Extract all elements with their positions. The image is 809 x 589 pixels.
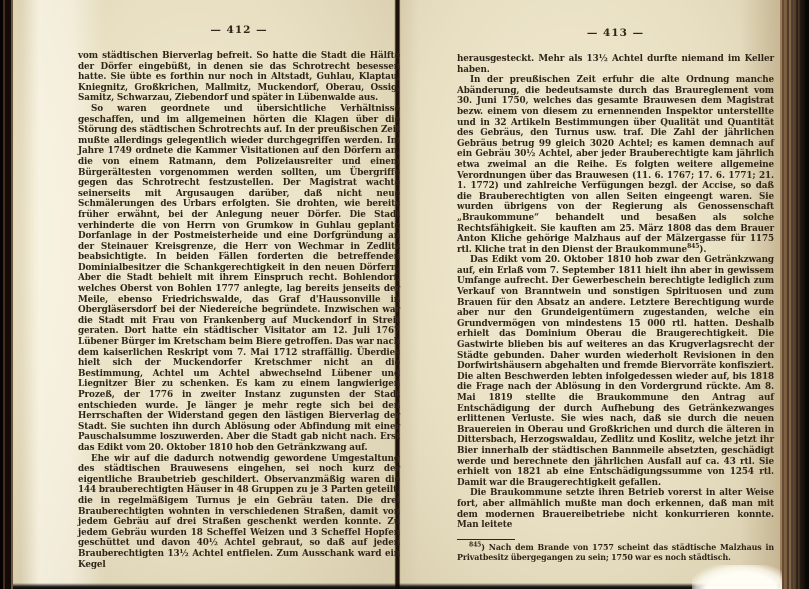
page-corner-highlight (692, 565, 782, 589)
left-page-number: — 412 — (78, 24, 400, 36)
paragraph-text: ). (699, 245, 706, 255)
footnote-marker: 845 (469, 541, 481, 548)
paragraph: Die Braukommune setzte ihren Betrieb vor… (457, 488, 774, 530)
paragraph: Ehe wir auf die dadurch notwendig geword… (78, 454, 400, 571)
paragraph: vom städtischen Bierverlag befreit. So h… (78, 51, 400, 104)
right-page-number: — 413 — (457, 27, 774, 39)
footnote-text: 845) Nach dem Brande von 1757 scheint da… (457, 543, 774, 563)
footnote-body: ) Nach dem Brande von 1757 scheint das s… (457, 543, 774, 562)
footnote-reference: 845 (687, 243, 699, 250)
book-scan: — 412 — — 413 — vom städtischen Bierverl… (0, 0, 809, 589)
paragraph: herausgesteckt. Mehr als 13½ Achtel durf… (457, 54, 774, 75)
right-page-body: herausgesteckt. Mehr als 13½ Achtel durf… (457, 54, 774, 563)
paragraph: So waren geordnete und übersichtliche Ve… (78, 104, 400, 454)
footnote: 845) Nach dem Brande von 1757 scheint da… (457, 539, 774, 563)
left-page-body: vom städtischen Bierverlag befreit. So h… (78, 51, 400, 570)
book-edge-bottom (13, 583, 780, 589)
paragraph: Das Edikt vom 20. Oktober 1810 hob zwar … (457, 255, 774, 488)
page-stack-edge-right (780, 0, 809, 589)
footnote-separator (457, 539, 515, 540)
book-cover-edge-left (0, 0, 13, 589)
paragraph: In der preußischen Zeit erfuhr die alte … (457, 75, 774, 255)
paragraph-text: In der preußischen Zeit erfuhr die alte … (457, 75, 774, 255)
